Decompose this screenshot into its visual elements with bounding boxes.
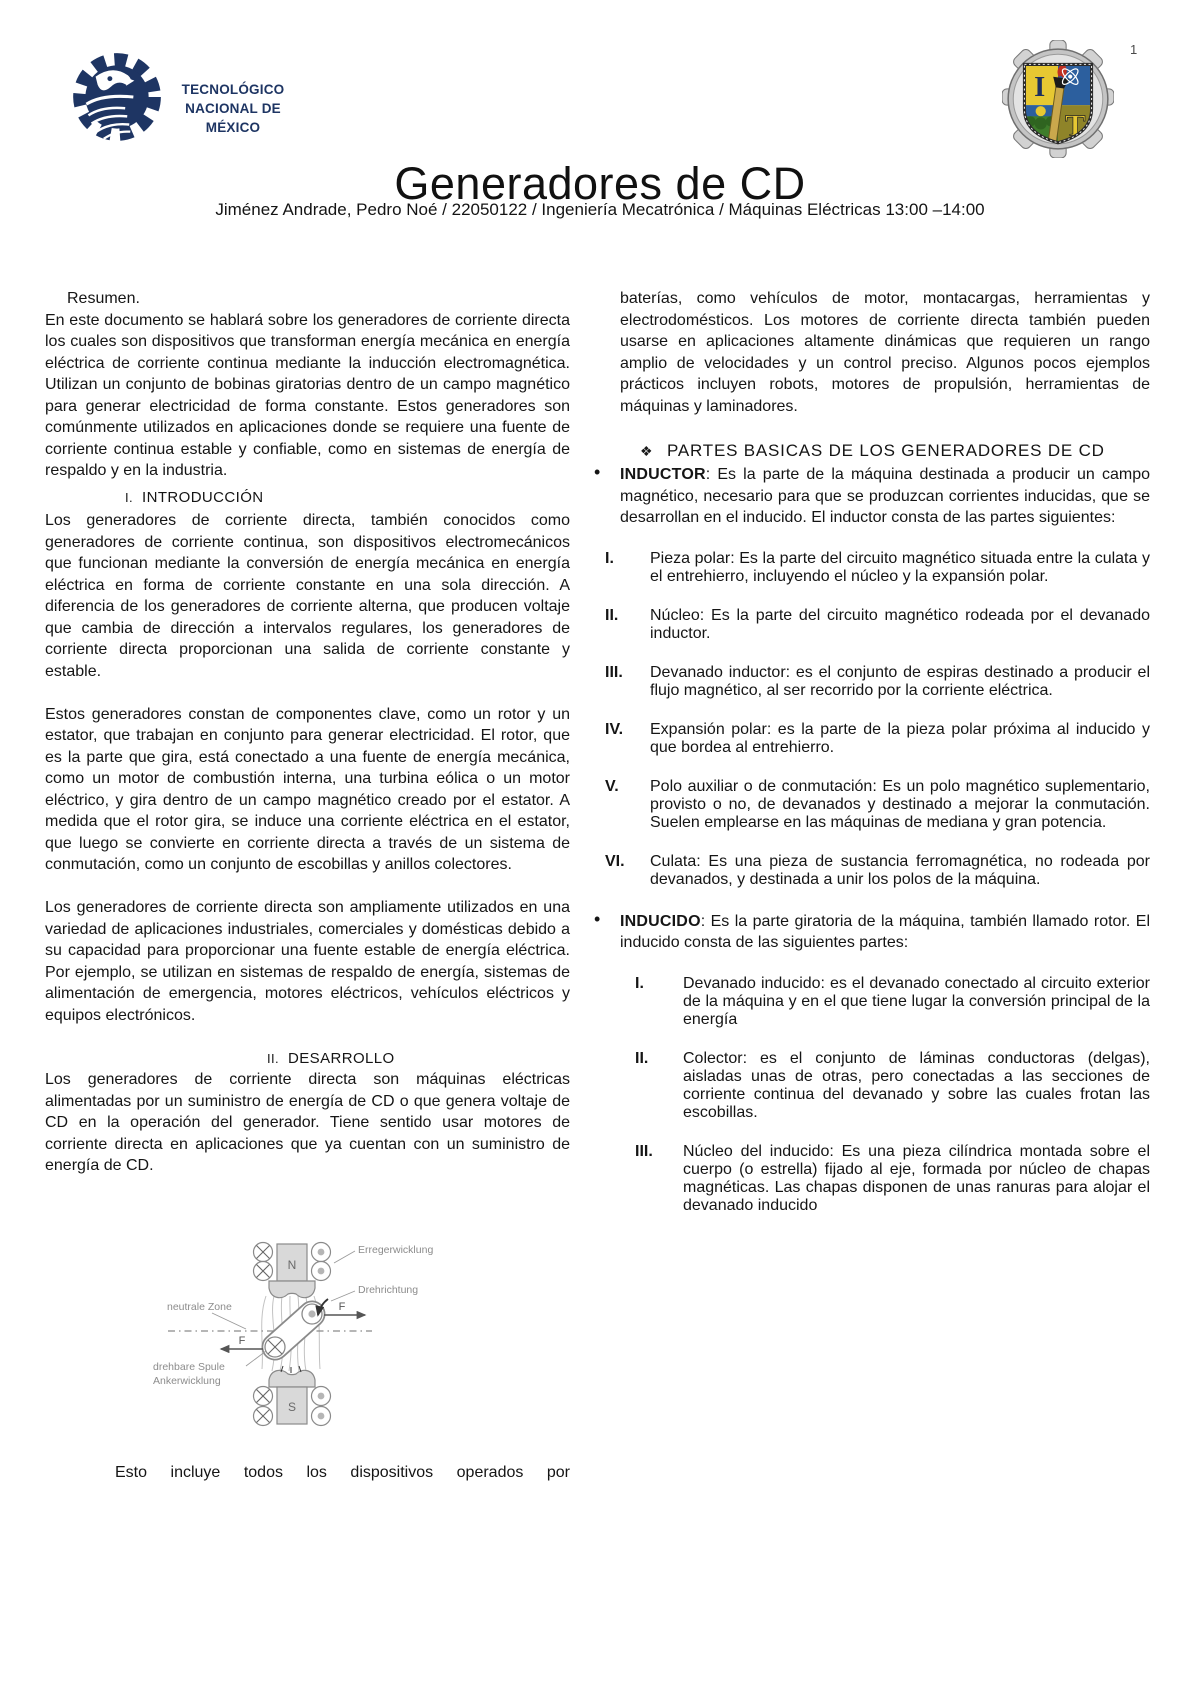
resumen-label: Resumen. xyxy=(45,288,570,310)
tecnm-logo-line1: TECNOLÓGICO xyxy=(158,80,308,99)
list-item: III. Devanado inductor: es el conjunto d… xyxy=(605,664,1150,700)
force-label-top: F xyxy=(339,1301,346,1313)
resumen-paragraph: En este documento se hablará sobre los g… xyxy=(45,310,570,482)
item-numeral: II. xyxy=(635,1050,683,1122)
dc-generator-diagram: N xyxy=(150,1239,450,1431)
author-byline: Jiménez Andrade, Pedro Noé / 22050122 / … xyxy=(0,200,1200,220)
item-numeral: II. xyxy=(605,607,650,643)
item-text: Pieza polar: Es la parte del circuito ma… xyxy=(650,550,1150,586)
list-item: IV. Expansión polar: es la parte de la p… xyxy=(605,721,1150,757)
list-item: III. Núcleo del inducido: Es una pieza c… xyxy=(635,1143,1150,1215)
item-text: Devanado inductor: es el conjunto de esp… xyxy=(650,664,1150,700)
item-text: Colector: es el conjunto de láminas cond… xyxy=(683,1050,1150,1122)
drehrichtung-label: Drehrichtung xyxy=(358,1284,418,1296)
section-title: INTRODUCCIÓN xyxy=(142,489,263,506)
intro-paragraph-1: Los generadores de corriente directa, ta… xyxy=(45,510,570,682)
item-text: Devanado inducido: es el devanado conect… xyxy=(683,975,1150,1029)
page-number: 1 xyxy=(1130,42,1137,57)
item-numeral: I. xyxy=(635,975,683,1029)
list-item: I. Devanado inducido: es el devanado con… xyxy=(635,975,1150,1029)
list-item: V. Polo auxiliar o de conmutación: Es un… xyxy=(605,778,1150,832)
tecnm-logo-text: TECNOLÓGICO NACIONAL DE MÉXICO xyxy=(158,80,308,137)
partes-basicas-title: PARTES BASICAS DE LOS GENERADORES DE CD xyxy=(667,441,1105,461)
erregerwicklung-label: Erregerwicklung xyxy=(358,1244,433,1256)
section-title: DESARROLLO xyxy=(288,1050,395,1067)
closing-line: Esto incluye todos los dispositivos oper… xyxy=(45,1462,570,1484)
left-column: Resumen. En este documento se hablará so… xyxy=(45,288,570,1483)
list-item: I. Pieza polar: Es la parte del circuito… xyxy=(605,550,1150,586)
intro-paragraph-3: Los generadores de corriente directa son… xyxy=(45,897,570,1026)
south-pole-label: S xyxy=(288,1400,296,1414)
section-heading-introduccion: I.INTRODUCCIÓN xyxy=(125,487,570,509)
item-text: Núcleo: Es la parte del circuito magnéti… xyxy=(650,607,1150,643)
south-pole: S xyxy=(269,1366,315,1424)
continuation-paragraph: baterías, como vehículos de motor, monta… xyxy=(620,288,1150,417)
item-numeral: I. xyxy=(605,550,650,586)
armature-coil xyxy=(265,1304,322,1357)
item-numeral: III. xyxy=(605,664,650,700)
intro-paragraph-2: Estos generadores constan de componentes… xyxy=(45,704,570,876)
ankerwicklung-label: Ankerwicklung xyxy=(153,1375,221,1387)
list-item: VI. Culata: Es una pieza de sustancia fe… xyxy=(605,853,1150,889)
bullet-icon: • xyxy=(594,909,600,931)
inducido-term: INDUCIDO xyxy=(620,913,701,930)
item-numeral: III. xyxy=(635,1143,683,1215)
north-pole: N xyxy=(269,1244,315,1298)
item-numeral: IV. xyxy=(605,721,650,757)
tecnm-logo xyxy=(70,46,162,153)
section-numeral: I. xyxy=(125,490,133,505)
right-column: baterías, como vehículos de motor, monta… xyxy=(590,288,1150,1215)
list-item: II. Núcleo: Es la parte del circuito mag… xyxy=(605,607,1150,643)
section-numeral: II. xyxy=(267,1051,279,1066)
tecnm-gear-eagle-icon xyxy=(70,46,162,148)
crest-letter-i: I xyxy=(1034,72,1045,103)
section-heading-desarrollo: II.DESARROLLO xyxy=(267,1048,570,1070)
item-numeral: VI. xyxy=(605,853,650,889)
item-text: Culata: Es una pieza de sustancia ferrom… xyxy=(650,853,1150,889)
tecnm-logo-line2: NACIONAL DE MÉXICO xyxy=(158,99,308,137)
partes-basicas-heading: ❖ PARTES BASICAS DE LOS GENERADORES DE C… xyxy=(640,441,1150,461)
bullet-icon: • xyxy=(594,462,600,484)
institute-crest-icon: I T xyxy=(1002,40,1114,158)
inductor-term: INDUCTOR xyxy=(620,466,706,483)
desarrollo-paragraph-1: Los generadores de corriente directa son… xyxy=(45,1069,570,1177)
item-text: Expansión polar: es la parte de la pieza… xyxy=(650,721,1150,757)
drehbare-spule-label: drehbare Spule xyxy=(153,1361,225,1373)
list-item: II. Colector: es el conjunto de láminas … xyxy=(635,1050,1150,1122)
item-text: Polo auxiliar o de conmutación: Es un po… xyxy=(650,778,1150,832)
neutrale-zone-label: neutrale Zone xyxy=(167,1301,232,1313)
diamond-bullet-icon: ❖ xyxy=(640,443,667,460)
inducido-paragraph: •INDUCIDO: Es la parte giratoria de la m… xyxy=(620,911,1150,954)
inductor-paragraph: •INDUCTOR: Es la parte de la máquina des… xyxy=(620,464,1150,529)
item-text: Núcleo del inducido: Es una pieza cilínd… xyxy=(683,1143,1150,1215)
force-label-bottom: F xyxy=(239,1335,246,1347)
institute-crest: I T xyxy=(1002,40,1114,163)
item-numeral: V. xyxy=(605,778,650,832)
north-pole-label: N xyxy=(288,1258,297,1272)
